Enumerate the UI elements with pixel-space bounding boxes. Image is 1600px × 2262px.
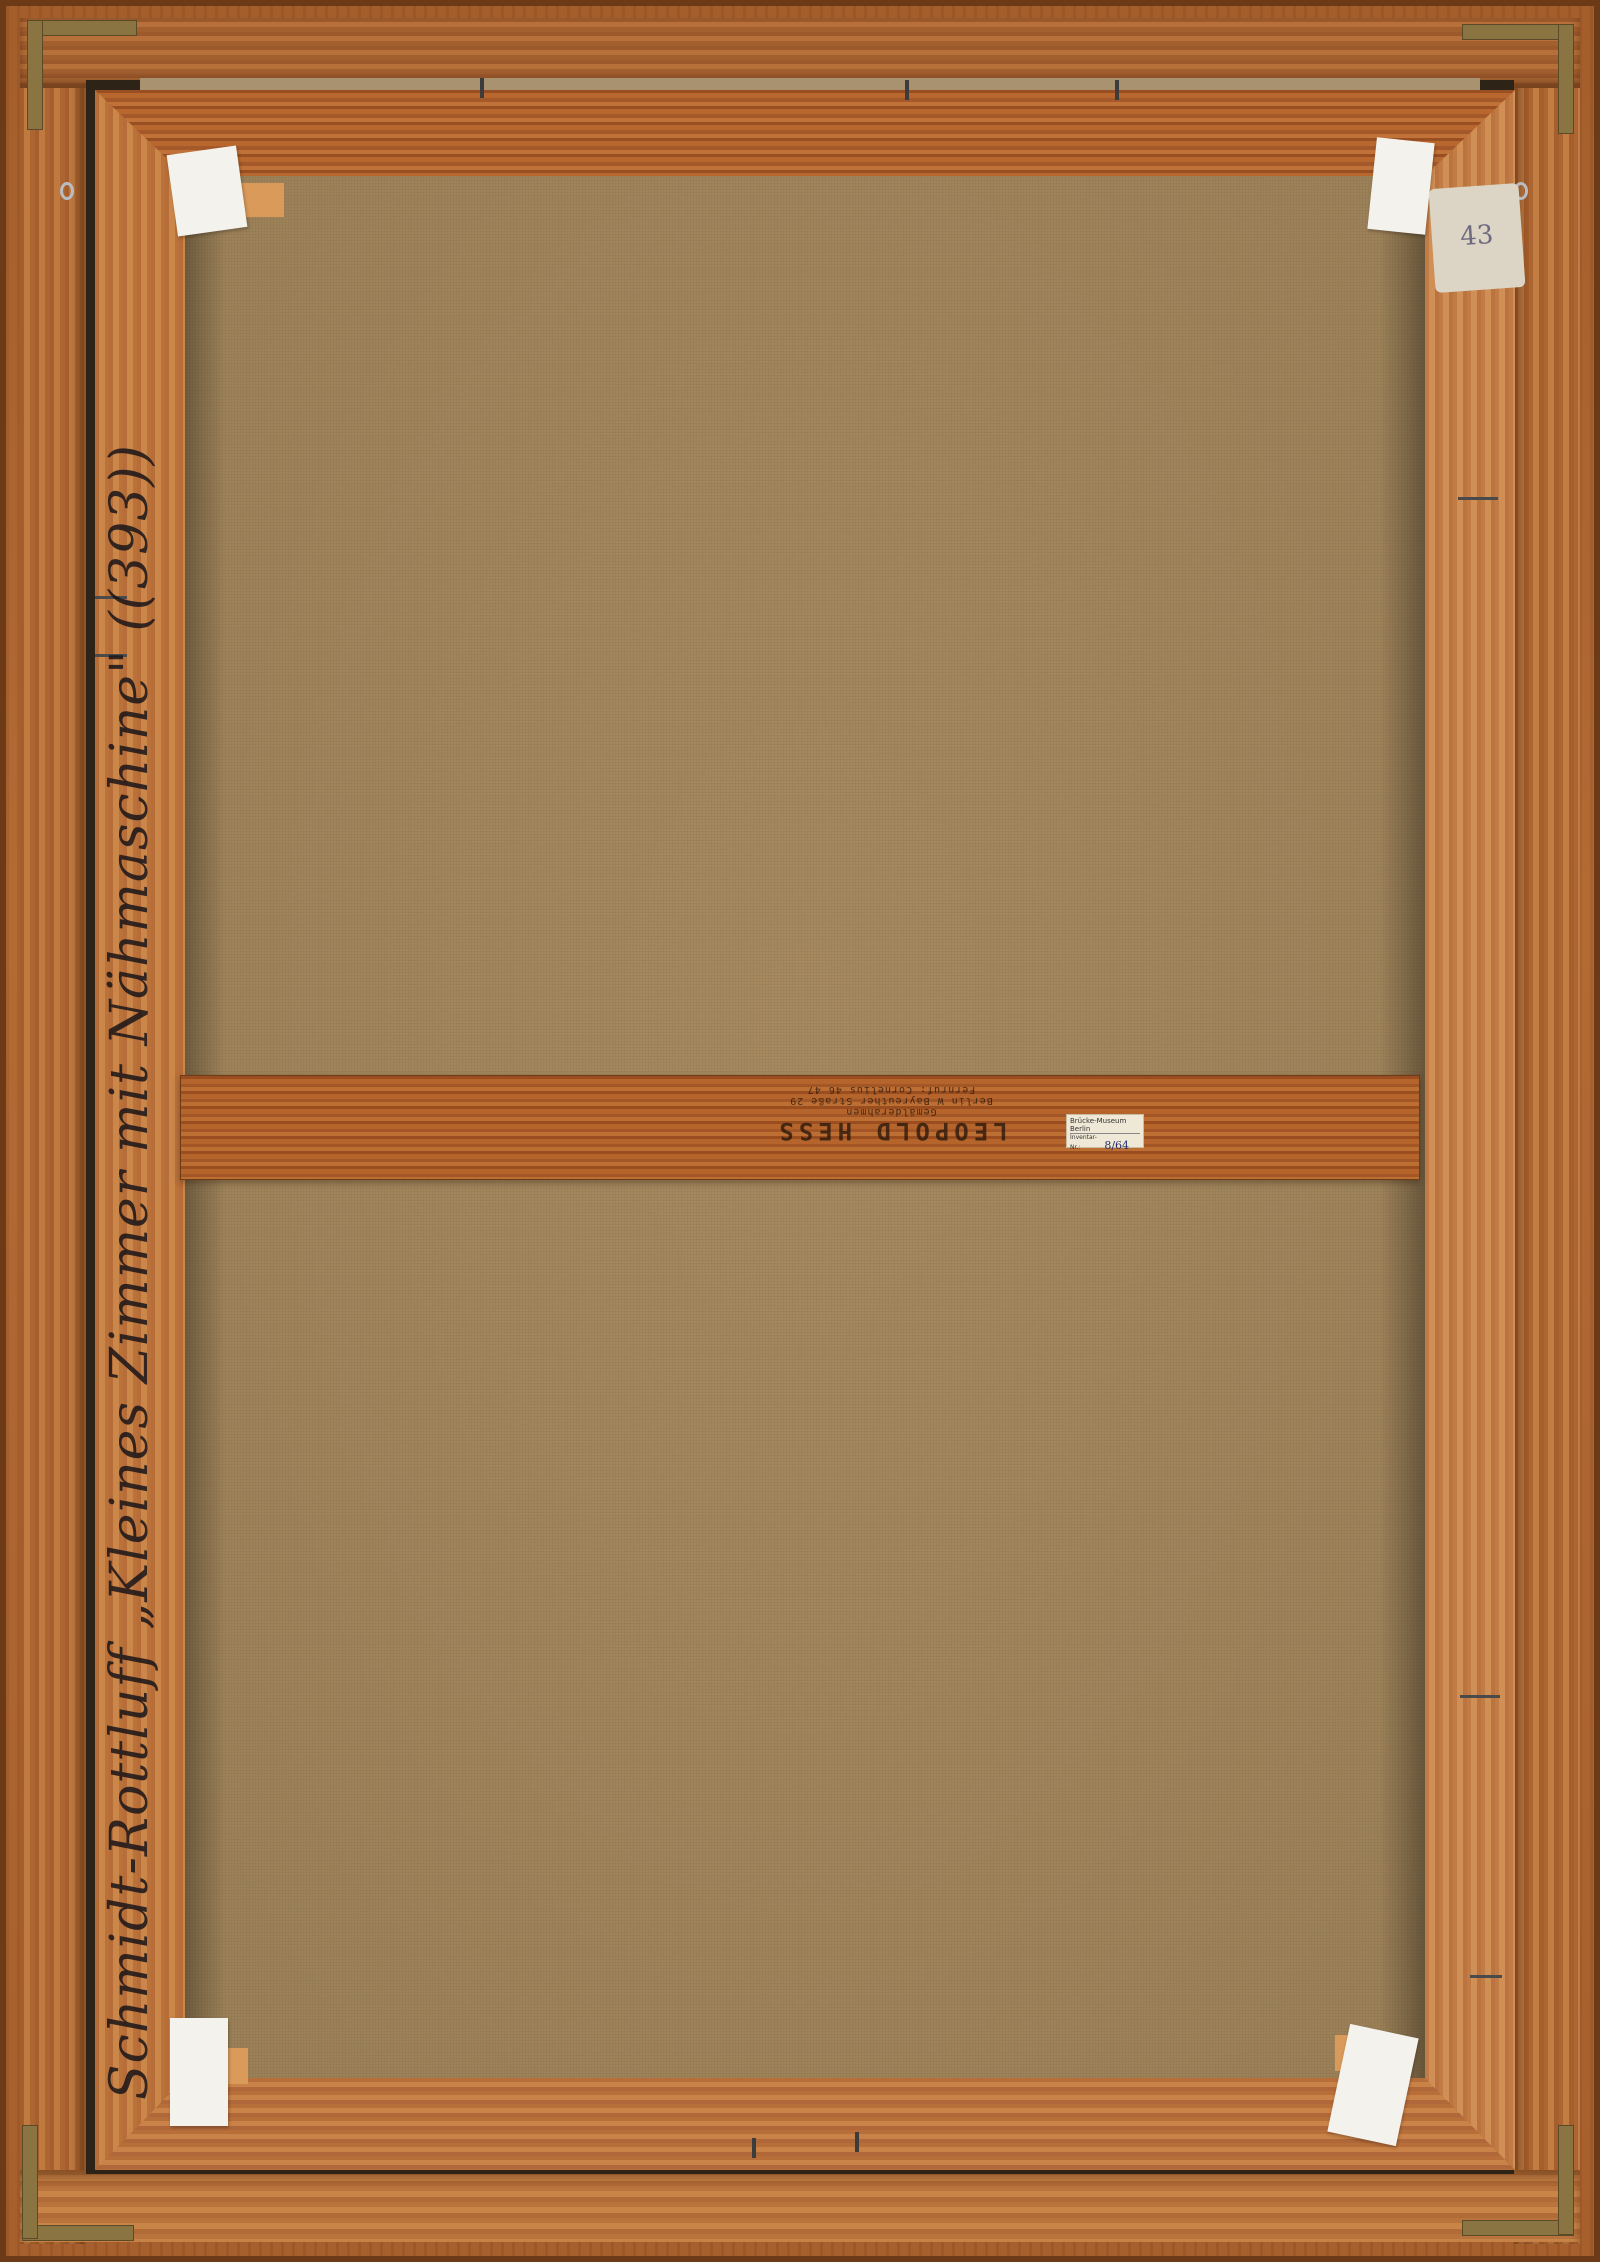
frame-bottom-rail [20, 2170, 1580, 2242]
inventory-number: 8/64 [1104, 1139, 1129, 1152]
corner-tape [170, 2018, 228, 2126]
artist-title-inscription: Schmidt-Rottluff „Kleines Zimmer mit Näh… [100, 444, 160, 2100]
tack [752, 2138, 756, 2158]
brass-corner-bracket [27, 20, 43, 130]
inventory-field-label: Inventar-Nr.: [1070, 1134, 1097, 1151]
pencil-note-tag: 43 [1428, 183, 1525, 293]
corner-key-wedge [226, 2048, 248, 2084]
stretcher-bottom-bar [95, 2078, 1515, 2170]
hanging-ring-icon [60, 182, 74, 200]
frame-left-rail [20, 18, 86, 2244]
brass-corner-bracket [1558, 24, 1574, 134]
brass-corner-bracket [22, 2125, 38, 2239]
nail [1460, 1695, 1500, 1698]
stamp-address: Berlin W Bayreuther Straße 29 [701, 1095, 1081, 1106]
stamp-phone: Fernruf: Cornelius 46 47 [701, 1084, 1081, 1095]
framer-stamp: LEOPOLD HESS Gemälderahmen Berlin W Bayr… [701, 1084, 1081, 1145]
tack [855, 2132, 859, 2152]
frame-right-rail [1514, 18, 1580, 2244]
brass-corner-bracket [1558, 2125, 1574, 2235]
stretcher-right-bar [1425, 90, 1515, 2170]
museum-label-title: Brücke-Museum Berlin [1070, 1117, 1140, 1134]
corner-tape [167, 146, 248, 237]
tack [905, 80, 909, 100]
corner-tape [1367, 137, 1434, 235]
stretcher-crossbar: LEOPOLD HESS Gemälderahmen Berlin W Bayr… [180, 1075, 1420, 1180]
nail [1470, 1975, 1502, 1978]
nail [1458, 497, 1498, 500]
brass-corner-bracket [22, 2225, 134, 2241]
museum-label: Brücke-Museum Berlin Inventar-Nr.:8/64 [1066, 1114, 1144, 1148]
stretcher-top-bar [95, 90, 1515, 176]
tack [480, 78, 484, 98]
brass-corner-bracket [27, 20, 137, 36]
tack [1115, 80, 1119, 100]
stamp-line: Gemälderahmen [701, 1106, 1081, 1117]
stamp-name: LEOPOLD HESS [701, 1117, 1081, 1145]
